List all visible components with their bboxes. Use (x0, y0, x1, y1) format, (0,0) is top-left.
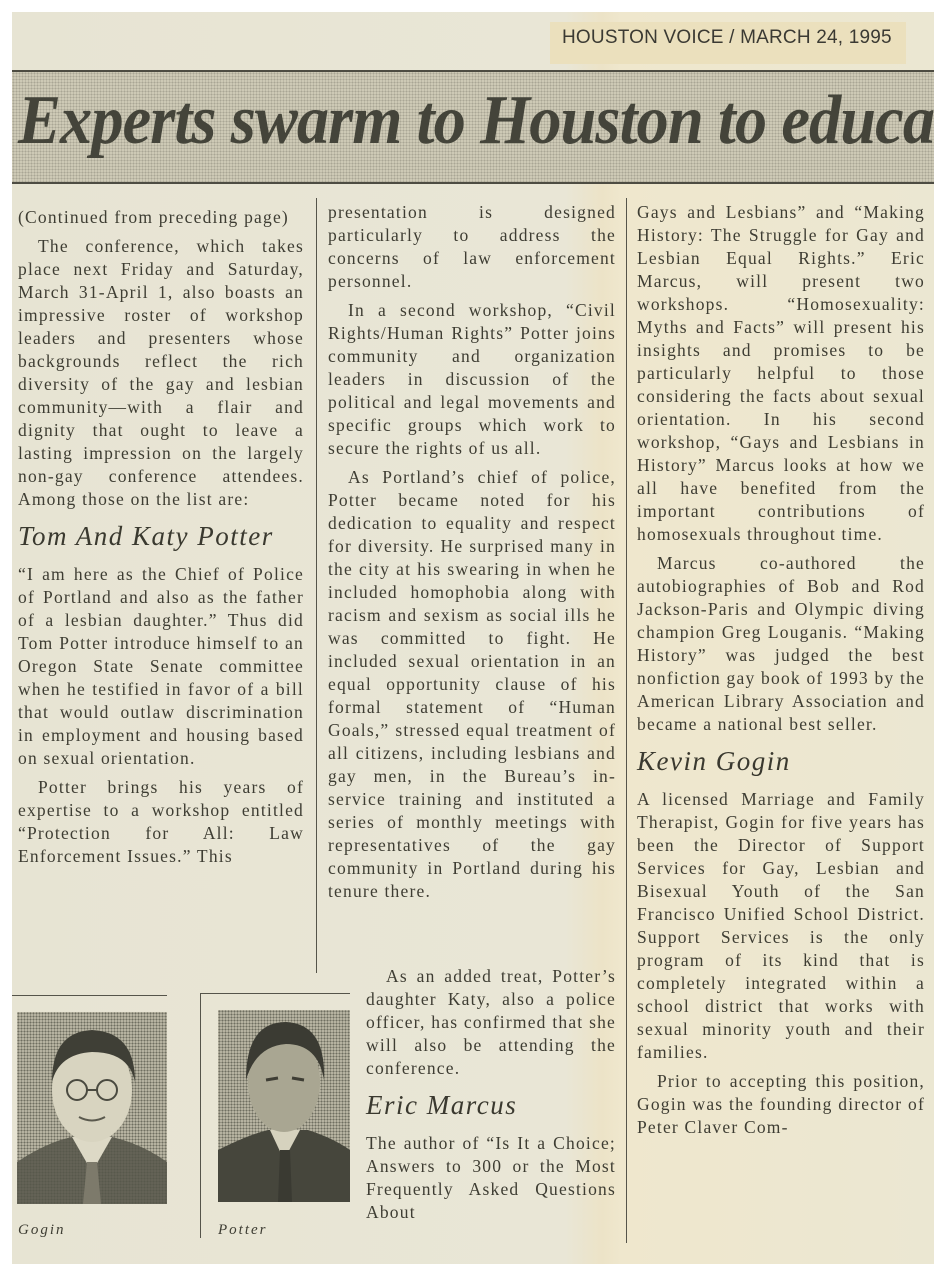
paragraph: A licensed Marriage and Family Therapist… (637, 788, 925, 1064)
photo-caption-gogin: Gogin (18, 1222, 66, 1239)
paragraph: As an added treat, Potter’s daughter Kat… (366, 965, 616, 1080)
photo-gogin (17, 1012, 167, 1204)
paragraph: As Portland’s chief of police, Potter be… (328, 466, 616, 903)
column-1: (Continued from preceding page) The conf… (18, 206, 304, 874)
paragraph: “I am here as the Chief of Police of Por… (18, 563, 304, 770)
photo-caption-potter: Potter (218, 1222, 268, 1239)
subhead-gogin: Kevin Gogin (637, 744, 925, 778)
paragraph: Marcus co-authored the autobiographies o… (637, 552, 925, 736)
column-divider (316, 198, 317, 973)
column-divider (626, 198, 627, 1243)
photo-rule (200, 993, 350, 994)
masthead: HOUSTON VOICE / MARCH 24, 1995 (562, 27, 892, 49)
paragraph: The conference, which takes place next F… (18, 235, 304, 511)
paragraph: presentation is designed particularly to… (328, 201, 616, 293)
paragraph: Prior to accepting this position, Gogin … (637, 1070, 925, 1139)
paragraph: The author of “Is It a Choice; Answers t… (366, 1132, 616, 1224)
portrait-potter-icon (218, 1010, 350, 1202)
column-2: presentation is designed particularly to… (328, 201, 616, 909)
column-2-continued: As an added treat, Potter’s daughter Kat… (366, 965, 616, 1230)
subhead-marcus: Eric Marcus (366, 1088, 616, 1122)
photo-potter (218, 1010, 350, 1202)
paragraph: In a second workshop, “Civil Rights/Huma… (328, 299, 616, 460)
paragraph: Gays and Lesbians” and “Making History: … (637, 201, 925, 546)
paragraph: Potter brings his years of expertise to … (18, 776, 304, 868)
column-3: Gays and Lesbians” and “Making History: … (637, 201, 925, 1145)
subhead-potter: Tom And Katy Potter (18, 519, 304, 553)
headline: Experts swarm to Houston to educa (18, 76, 934, 166)
portrait-gogin-icon (17, 1012, 167, 1204)
continued-note: (Continued from preceding page) (18, 206, 304, 229)
photo-divider (200, 993, 201, 1238)
headline-band: Experts swarm to Houston to educa (12, 70, 934, 184)
photo-rule (12, 995, 167, 996)
